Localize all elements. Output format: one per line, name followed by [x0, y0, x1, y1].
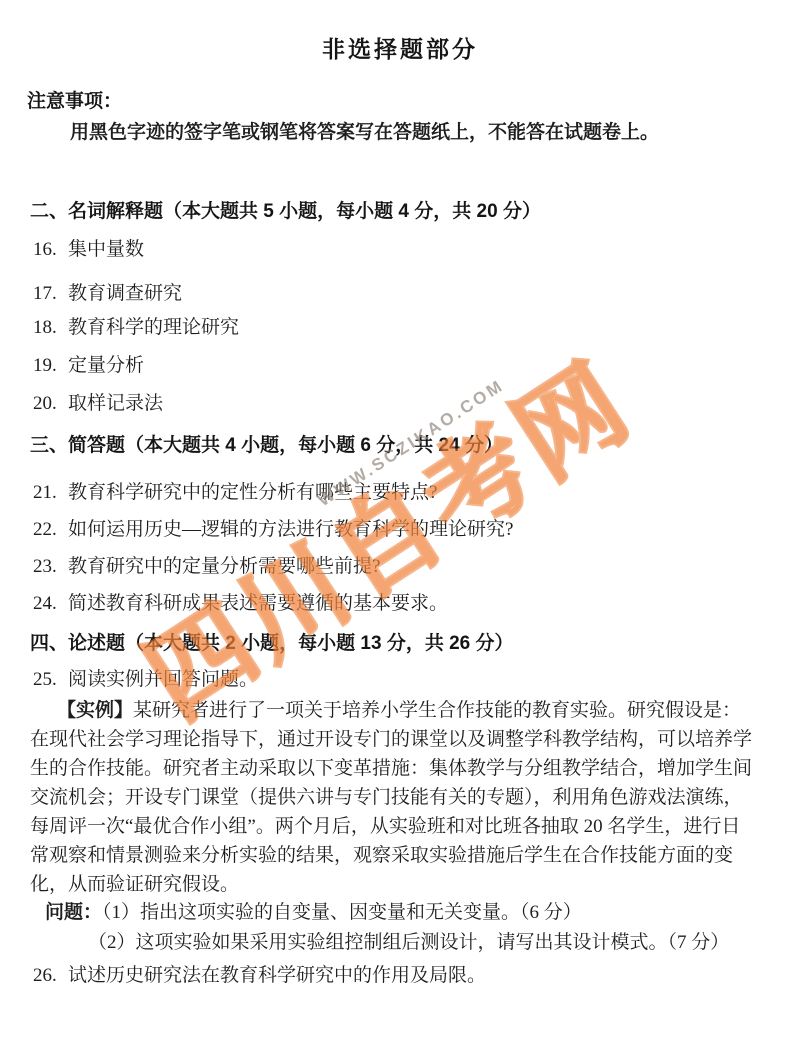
question-item-26: 26.试述历史研究法在教育科学研究中的作用及局限。 [33, 960, 486, 987]
example-line: 交流机会；开设专门课堂（提供六讲与专门技能有关的专题），利用角色游戏法演练， [30, 783, 776, 812]
question-number: 22. [33, 519, 68, 541]
example-label: 【实例】 [57, 700, 133, 721]
question-number: 20. [33, 393, 68, 415]
exam-paper-page: 非选择题部分 注意事项： 用黑色字迹的签字笔或钢笔将答案写在答题纸上，不能答在试… [0, 0, 800, 1063]
question-number: 24. [33, 593, 68, 615]
question-item-19: 19.定量分析 [33, 350, 144, 377]
example-line: 生的合作技能。研究者主动采取以下变革措施：集体教学与分组教学结合，增加学生间 [30, 754, 776, 783]
section2-heading: 二、名词解释题（本大题共 5 小题，每小题 4 分，共 20 分） [30, 196, 541, 223]
question-number: 21. [33, 482, 68, 504]
question-number: 18. [33, 317, 68, 339]
example-line: 在现代社会学习理论指导下，通过开设专门的课堂以及调整学科教学结构，可以培养学 [30, 725, 776, 754]
example-paragraph: 【实例】某研究者进行了一项关于培养小学生合作技能的教育实验。研究假设是： 在现代… [30, 696, 776, 899]
question-label: 问题： [45, 902, 102, 923]
question-item-18: 18.教育科学的理论研究 [33, 312, 239, 339]
question-item-23: 23.教育研究中的定量分析需要哪些前提? [33, 551, 380, 578]
question-text: 简述教育科研成果表述需要遵循的基本要求。 [68, 593, 448, 614]
notice-heading: 注意事项： [27, 86, 122, 113]
question-text: 取样记录法 [68, 393, 163, 414]
question-number: 19. [33, 355, 68, 377]
page-title: 非选择题部分 [0, 31, 800, 64]
notice-body: 用黑色字迹的签字笔或钢笔将答案写在答题纸上，不能答在试题卷上。 [70, 117, 659, 144]
question-text: 如何运用历史—逻辑的方法进行教育科学的理论研究? [68, 519, 513, 540]
question-text: 教育研究中的定量分析需要哪些前提? [68, 556, 380, 577]
question-text: 教育科学研究中的定性分析有哪些主要特点? [68, 482, 437, 503]
question-item-22: 22.如何运用历史—逻辑的方法进行教育科学的理论研究? [33, 514, 513, 541]
question-text: 试述历史研究法在教育科学研究中的作用及局限。 [68, 965, 486, 986]
question-part1-text: （1）指出这项实验的自变量、因变量和无关变量。（6 分） [102, 902, 582, 923]
example-line: 化，从而验证研究假设。 [30, 870, 776, 899]
question-item-25: 25.阅读实例并回答问题。 [33, 664, 258, 691]
question-text: 教育调查研究 [68, 283, 182, 304]
question-text: 集中量数 [68, 239, 144, 260]
section3-heading: 三、简答题（本大题共 4 小题，每小题 6 分，共 24 分） [30, 430, 503, 457]
example-line-text: 某研究者进行了一项关于培养小学生合作技能的教育实验。研究假设是： [133, 700, 741, 721]
question-text: 定量分析 [68, 355, 144, 376]
section4-heading: 四、论述题（本大题共 2 小题，每小题 13 分，共 26 分） [30, 628, 514, 655]
question-number: 16. [33, 239, 68, 261]
question-item-17: 17.教育调查研究 [33, 278, 182, 305]
question-item-16: 16.集中量数 [33, 234, 144, 261]
example-line: 每周评一次“最优合作小组”。两个月后，从实验班和对比班各抽取 20 名学生，进行… [30, 812, 776, 841]
question-item-21: 21.教育科学研究中的定性分析有哪些主要特点? [33, 477, 437, 504]
question-number: 23. [33, 556, 68, 578]
question-text: 阅读实例并回答问题。 [68, 669, 258, 690]
example-line: 【实例】某研究者进行了一项关于培养小学生合作技能的教育实验。研究假设是： [30, 696, 776, 725]
question-item-20: 20.取样记录法 [33, 388, 163, 415]
question-text: 教育科学的理论研究 [68, 317, 239, 338]
question-number: 26. [33, 965, 68, 987]
question-item-24: 24.简述教育科研成果表述需要遵循的基本要求。 [33, 588, 448, 615]
question-number: 25. [33, 669, 68, 691]
question-number: 17. [33, 283, 68, 305]
question25-part2: （2）这项实验如果采用实验组控制组后测设计，请写出其设计模式。（7 分） [88, 927, 729, 954]
question25-part1: 问题：（1）指出这项实验的自变量、因变量和无关变量。（6 分） [45, 897, 582, 924]
example-line: 常观察和情景测验来分析实验的结果，观察采取实验措施后学生在合作技能方面的变 [30, 841, 776, 870]
